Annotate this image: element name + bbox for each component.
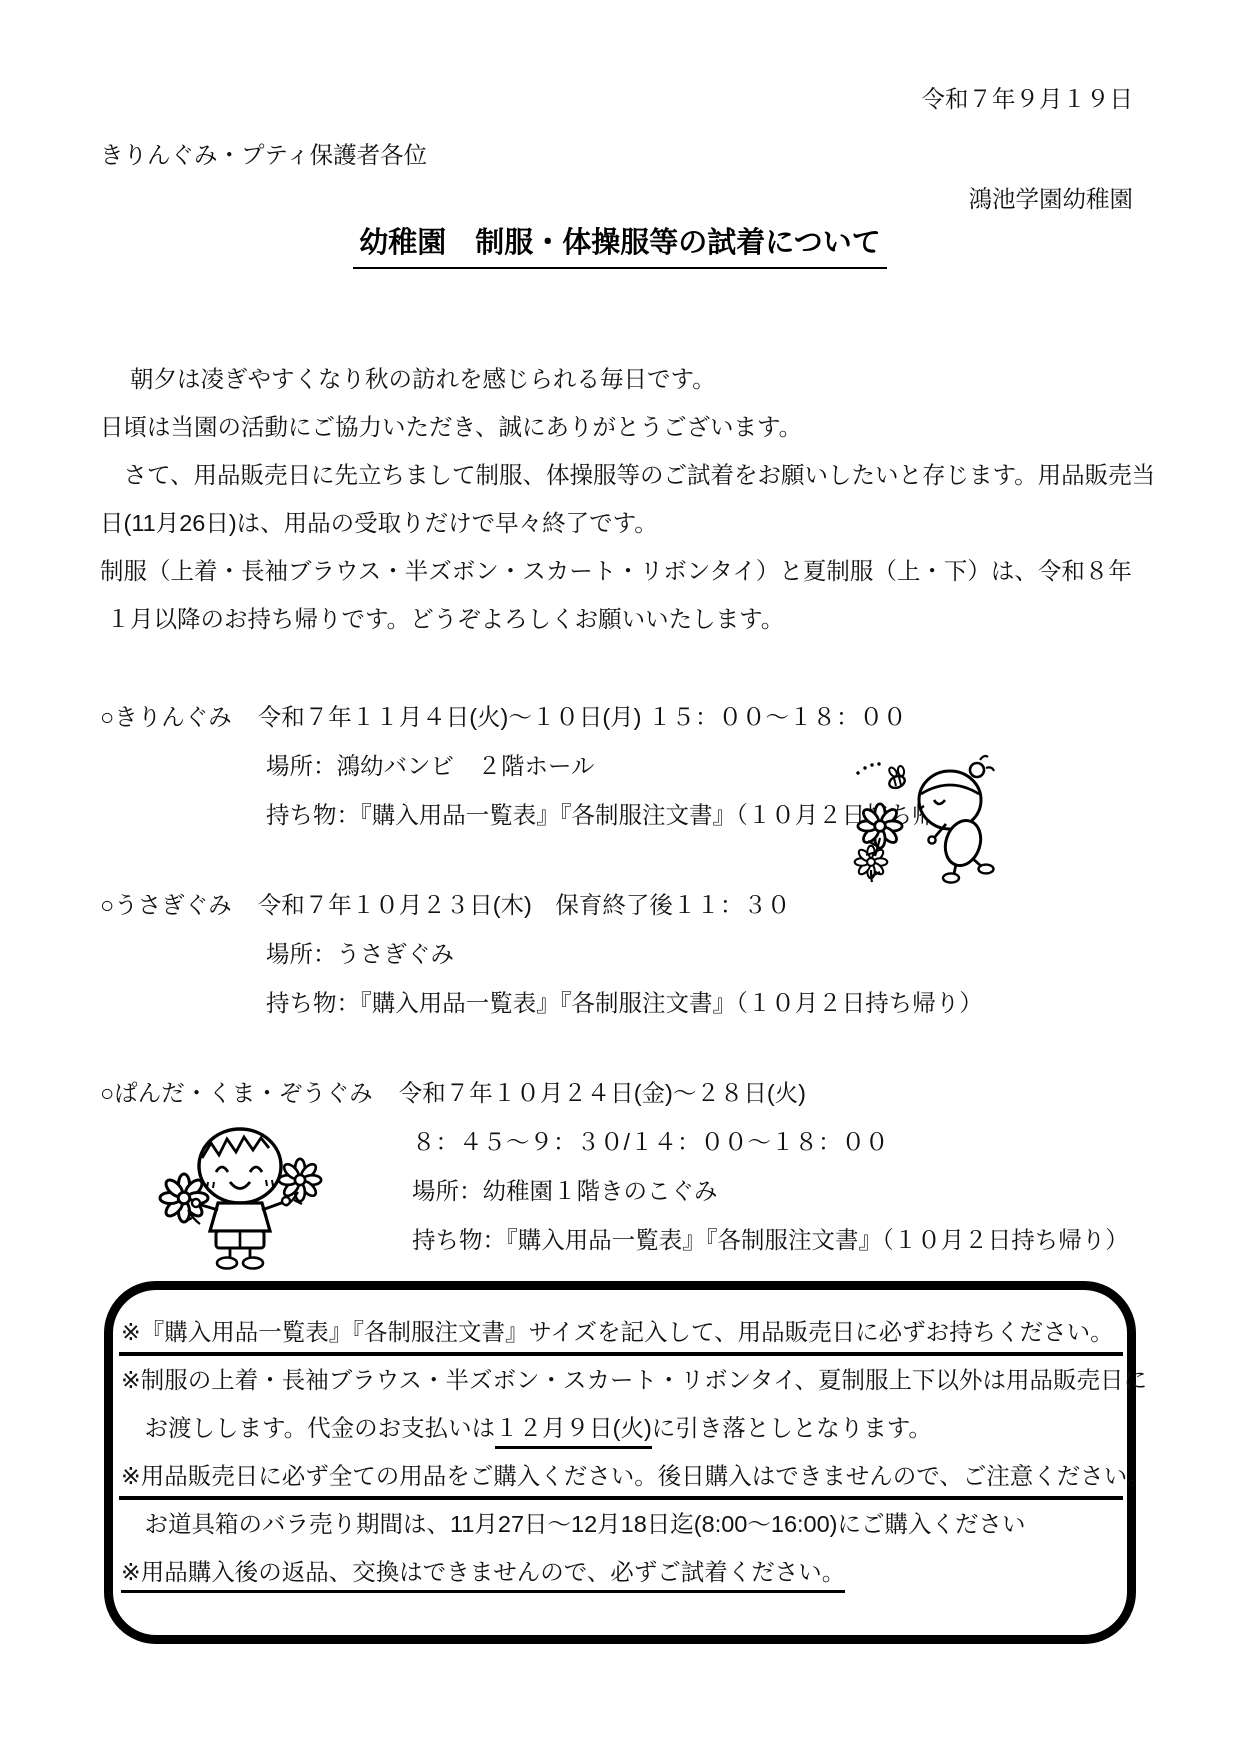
bee-trail-dots bbox=[856, 762, 880, 774]
section-items: 持ち物：『購入用品一覧表』『各制服注文書』（１０月２日持ち帰り） bbox=[100, 791, 1200, 840]
section-kirin-gumi: ○きりんぐみ令和７年１１月４日(火)～１０日(月) １５：００～１８：００ 場所… bbox=[100, 693, 1200, 840]
section-heading: ○きりんぐみ令和７年１１月４日(火)～１０日(月) １５：００～１８：００ bbox=[100, 693, 1200, 742]
body-line: 日(11月26日)は、用品の受取りだけで早々終了です。 bbox=[100, 499, 1200, 547]
girl-smelling-flower-illustration bbox=[850, 742, 1000, 887]
group-schedule: 令和７年１１月４日(火)～１０日(月) １５：００～１８：００ bbox=[258, 704, 907, 730]
document-date: 令和７年９月１９日 bbox=[922, 80, 1134, 114]
payment-date: １２月９日(火) bbox=[495, 1413, 652, 1449]
title-row: 幼稚園 制服・体操服等の試着について bbox=[0, 220, 1240, 269]
note-text: お渡しします。代金のお支払いは bbox=[121, 1415, 495, 1441]
section-place: 場所：鴻幼バンビ ２階ホール bbox=[100, 742, 1200, 791]
section-heading: ○うさぎぐみ令和７年１０月２３日(木) 保育終了後１１：３０ bbox=[100, 881, 1200, 930]
body-line: 朝夕は凌ぎやすくなり秋の訪れを感じられる毎日です。 bbox=[100, 355, 1200, 403]
section-place: 場所：うさぎぐみ bbox=[100, 930, 1200, 979]
group-name: ○ぱんだ・くま・ぞうぐみ bbox=[100, 1080, 373, 1106]
bee-icon bbox=[888, 766, 907, 791]
important-notes-box: ※『購入用品一覧表』『各制服注文書』サイズを記入して、用品販売日に必ずお持ちくだ… bbox=[104, 1281, 1136, 1644]
note-handout-line2: お渡しします。代金のお支払いは１２月９日(火)に引き落としとなります。 bbox=[121, 1404, 1119, 1452]
body-line: 制服（上着・長袖ブラウス・半ズボン・スカート・リボンタイ）と夏制服（上・下）は、… bbox=[100, 547, 1200, 595]
note-text: に引き落としとなります。 bbox=[652, 1415, 932, 1441]
group-schedule: 令和７年１０月２４日(金)～２８日(火) bbox=[399, 1080, 806, 1106]
addressee-line: きりんぐみ・プティ保護者各位 bbox=[100, 136, 427, 170]
section-usagi-gumi: ○うさぎぐみ令和７年１０月２３日(木) 保育終了後１１：３０ 場所：うさぎぐみ … bbox=[100, 881, 1200, 1028]
document-page: 令和７年９月１９日 きりんぐみ・プティ保護者各位 鴻池学園幼稚園 幼稚園 制服・… bbox=[0, 0, 1240, 1755]
page-title: 幼稚園 制服・体操服等の試着について bbox=[353, 220, 886, 269]
girl-smelling-flower-icon bbox=[850, 742, 1000, 887]
note-handout-line1: ※制服の上着・長袖ブラウス・半ズボン・スカート・リボンタイ、夏制服上下以外は用品… bbox=[121, 1356, 1119, 1404]
body-paragraphs: 朝夕は凌ぎやすくなり秋の訪れを感じられる毎日です。 日頃は当園の活動にご協力いた… bbox=[100, 355, 1200, 643]
section-heading: ○ぱんだ・くま・ぞうぐみ令和７年１０月２４日(金)～２８日(火) bbox=[100, 1069, 1200, 1118]
note-purchase-all: ※用品販売日に必ず全ての用品をご購入ください。後日購入はできませんので、ご注意く… bbox=[121, 1452, 1119, 1500]
note-text: ※用品購入後の返品、交換はできませんので、必ずご試着ください。 bbox=[121, 1557, 845, 1593]
note-no-returns: ※用品購入後の返品、交換はできませんので、必ずご試着ください。 bbox=[121, 1548, 1119, 1596]
body-line: 日頃は当園の活動にご協力いただき、誠にありがとうございます。 bbox=[100, 403, 1200, 451]
section-items: 持ち物：『購入用品一覧表』『各制服注文書』（１０月２日持ち帰り） bbox=[100, 979, 1200, 1028]
boy-holding-flowers-illustration bbox=[148, 1118, 333, 1278]
body-line: さて、用品販売日に先立ちまして制服、体操服等のご試着をお願いしたいと存じます。用… bbox=[100, 451, 1200, 499]
sender-name: 鴻池学園幼稚園 bbox=[969, 180, 1134, 214]
body-line: １月以降のお持ち帰りです。どうぞよろしくお願いいたします。 bbox=[100, 595, 1200, 643]
note-toolbox-period: お道具箱のバラ売り期間は、11月27日～12月18日迄(8:00～16:00)に… bbox=[121, 1500, 1119, 1548]
group-name: ○うさぎぐみ bbox=[100, 892, 232, 918]
group-schedule: 令和７年１０月２３日(木) 保育終了後１１：３０ bbox=[258, 892, 791, 918]
group-name: ○きりんぐみ bbox=[100, 704, 232, 730]
girl-figure bbox=[919, 756, 994, 883]
note-bring-documents: ※『購入用品一覧表』『各制服注文書』サイズを記入して、用品販売日に必ずお持ちくだ… bbox=[121, 1308, 1119, 1356]
boy-holding-flowers-icon bbox=[148, 1118, 333, 1278]
